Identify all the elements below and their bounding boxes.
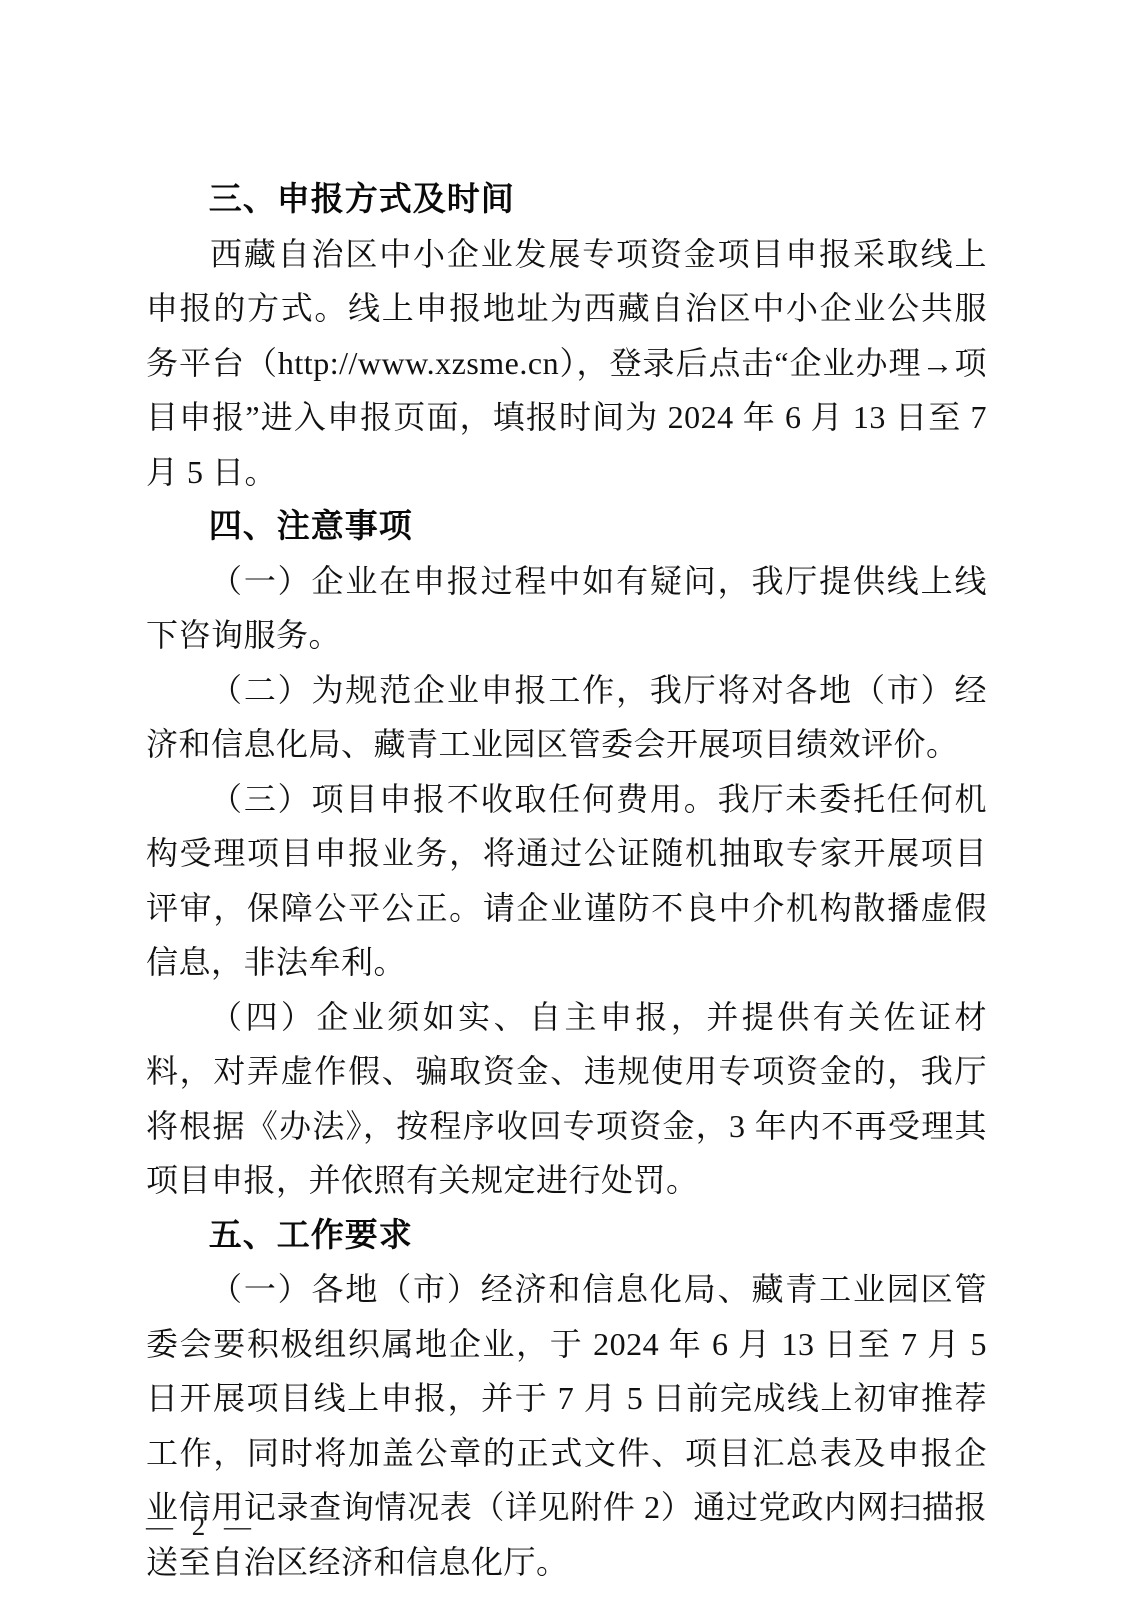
paragraph-note-3: （三）项目申报不收取任何费用。我厅未委托任何机构受理项目申报业务，将通过公证随机…	[146, 772, 987, 990]
section-heading-work-requirements: 五、工作要求	[146, 1208, 987, 1263]
paragraph-note-4: （四）企业须如实、自主申报，并提供有关佐证材料，对弄虚作假、骗取资金、违规使用专…	[146, 990, 987, 1208]
paragraph-work-requirement-1: （一）各地（市）经济和信息化局、藏青工业园区管委会要积极组织属地企业，于 202…	[146, 1262, 987, 1589]
section-heading-notes: 四、注意事项	[146, 499, 987, 554]
section-heading-application-method: 三、申报方式及时间	[146, 172, 987, 227]
page-number: — 2 —	[146, 1511, 257, 1542]
paragraph-note-2: （二）为规范企业申报工作，我厅将对各地（市）经济和信息化局、藏青工业园区管委会开…	[146, 663, 987, 772]
paragraph-application-method: 西藏自治区中小企业发展专项资金项目申报采取线上申报的方式。线上申报地址为西藏自治…	[146, 227, 987, 500]
document-page: 三、申报方式及时间 西藏自治区中小企业发展专项资金项目申报采取线上申报的方式。线…	[0, 0, 1131, 1600]
document-body: 三、申报方式及时间 西藏自治区中小企业发展专项资金项目申报采取线上申报的方式。线…	[146, 172, 987, 1589]
paragraph-note-1: （一）企业在申报过程中如有疑问，我厅提供线上线下咨询服务。	[146, 554, 987, 663]
